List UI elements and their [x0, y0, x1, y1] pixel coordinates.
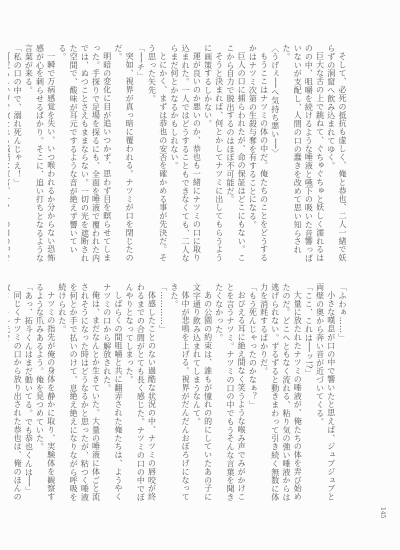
dialogue-line: 「…………」 — [158, 283, 169, 505]
paragraph: ナツミの指先が俺の身体を静かに取り、実験体を観察するような爪みあるよう。俺を見つ… — [34, 283, 56, 505]
bottom-text-block: 「ふわぁ……」 小さな嘆息が口の中で響いたと思えば、ジュブジュブと両壁の奥から奔… — [8, 283, 348, 505]
dialogue-line: 「ふわぁ……」 — [337, 283, 348, 505]
paragraph: 突如、視界が真っ暗に覆われる。ナツミが口を閉じたのだ。 — [113, 44, 135, 266]
paragraph: そして、必死の抵抗も虚しく、俺と恭也、二人一緒で妖らずの洞窟へ飲み込まれてゆく。 — [326, 44, 348, 266]
dialogue-line: 「ここ、これは──ッ!?」 — [303, 283, 314, 505]
paragraph: あの公園の約束は、誰もが憧れの的にしていたあの子に文字通り飲み込まれてしまうなん… — [191, 283, 213, 505]
paragraph: 体中が悲鳴を上げる。視界がだんだんおぼろげになってきた。 — [169, 283, 191, 505]
paragraph: しばらくの間咀嚼と共に翻弄された俺たちは、ようやくナツミの口から解放された。 — [102, 283, 124, 505]
paragraph: 小さな嘆息が口の中で響いたと思えば、ジュブジュブと両壁の奥から奔い音が近づいてく… — [314, 283, 336, 505]
dialogue-line: 〈うげぇ──へ気持ち悪い──〉 — [270, 44, 281, 266]
paragraph: 巨大な舌の上で跳ねて、ぐちゅぐちゅと妖しく濡れるはのの中、咀嚼を続けるような唾液… — [281, 44, 326, 266]
dialogue-line: 「私の口の中で、溺れ死んじゃえ！」 — [12, 44, 23, 266]
paragraph: 可愛らしい声で放たれる残酷な宣言。ナツミの口の中で逃げ出し再会できないまま、恭也… — [8, 44, 12, 266]
page-number: 145 — [379, 507, 386, 518]
paragraph: 体感したことのない過酷な状況の中、ナツミの唇咬が終わるまでの合間がとても長く感じ… — [124, 283, 158, 505]
paragraph: もうここはナツミの体の中だ。俺たちのことをどうするかはナツミ次第の生殺与奪を有す… — [247, 44, 269, 266]
paragraph: 明暗の変化に目が追いつかず、思わず目を瞑らせてしまった。手探りで足場を探るにも、… — [57, 44, 113, 266]
paragraph: 一瞬で万病感覚を失い、いつ喉われるか分からない恐怖感が心を刺らせるばかり。そこに… — [23, 44, 57, 266]
dialogue-line: 「もう死んじゃったのかなぁ？」 — [247, 283, 258, 505]
dialogue-line: 「あっ、拓斗くんはまだ動いてる。でも恭也くんは──」 — [23, 283, 34, 505]
paragraph: とにかく、まずは恭也の安否を確かめる事が先決だ。そう思った矢先。 — [146, 44, 168, 266]
dialogue-line: 「──チ」 — [135, 44, 146, 266]
top-text-block: そして、必死の抵抗も虚しく、俺と恭也、二人一緒で妖らずの洞窟へ飲み込まれてゆく。… — [8, 44, 348, 266]
paragraph: おびえる耳に絶え間なく笑うような喉み声でみがかけことを言うナツミ。ナツミの口の中… — [214, 283, 248, 505]
paragraph: 運が良いのか悪いのか、恭也も一緒にナツミの口に取り込まれた。一人ではどうすること… — [169, 44, 203, 266]
paragraph: 同じくナツミの口から放り出された恭也は、俺のほんの数メートル先で — [8, 283, 23, 505]
paragraph: そうと決まれば、何とかしてナツミに出してもらうように画策するしかない。 — [202, 44, 224, 266]
paragraph: 巨人の口に捕らわれたが、命の保証はどこにもない。ここから自力で脱出するのはほぼ不… — [225, 44, 247, 266]
book-page: そして、必死の抵抗も虚しく、俺と恭也、二人一緒で妖らずの洞窟へ飲み込まれてゆく。… — [0, 0, 400, 550]
paragraph: 俺は、まだなんとか生きていた。大量の唾液に体ごと流されそうになった時はどうなるか… — [57, 283, 102, 505]
paragraph: 大量に放たれたナツミの唾液が、俺たちの体を弄び始めたのだ。どこへともなく流れる、… — [258, 283, 303, 505]
